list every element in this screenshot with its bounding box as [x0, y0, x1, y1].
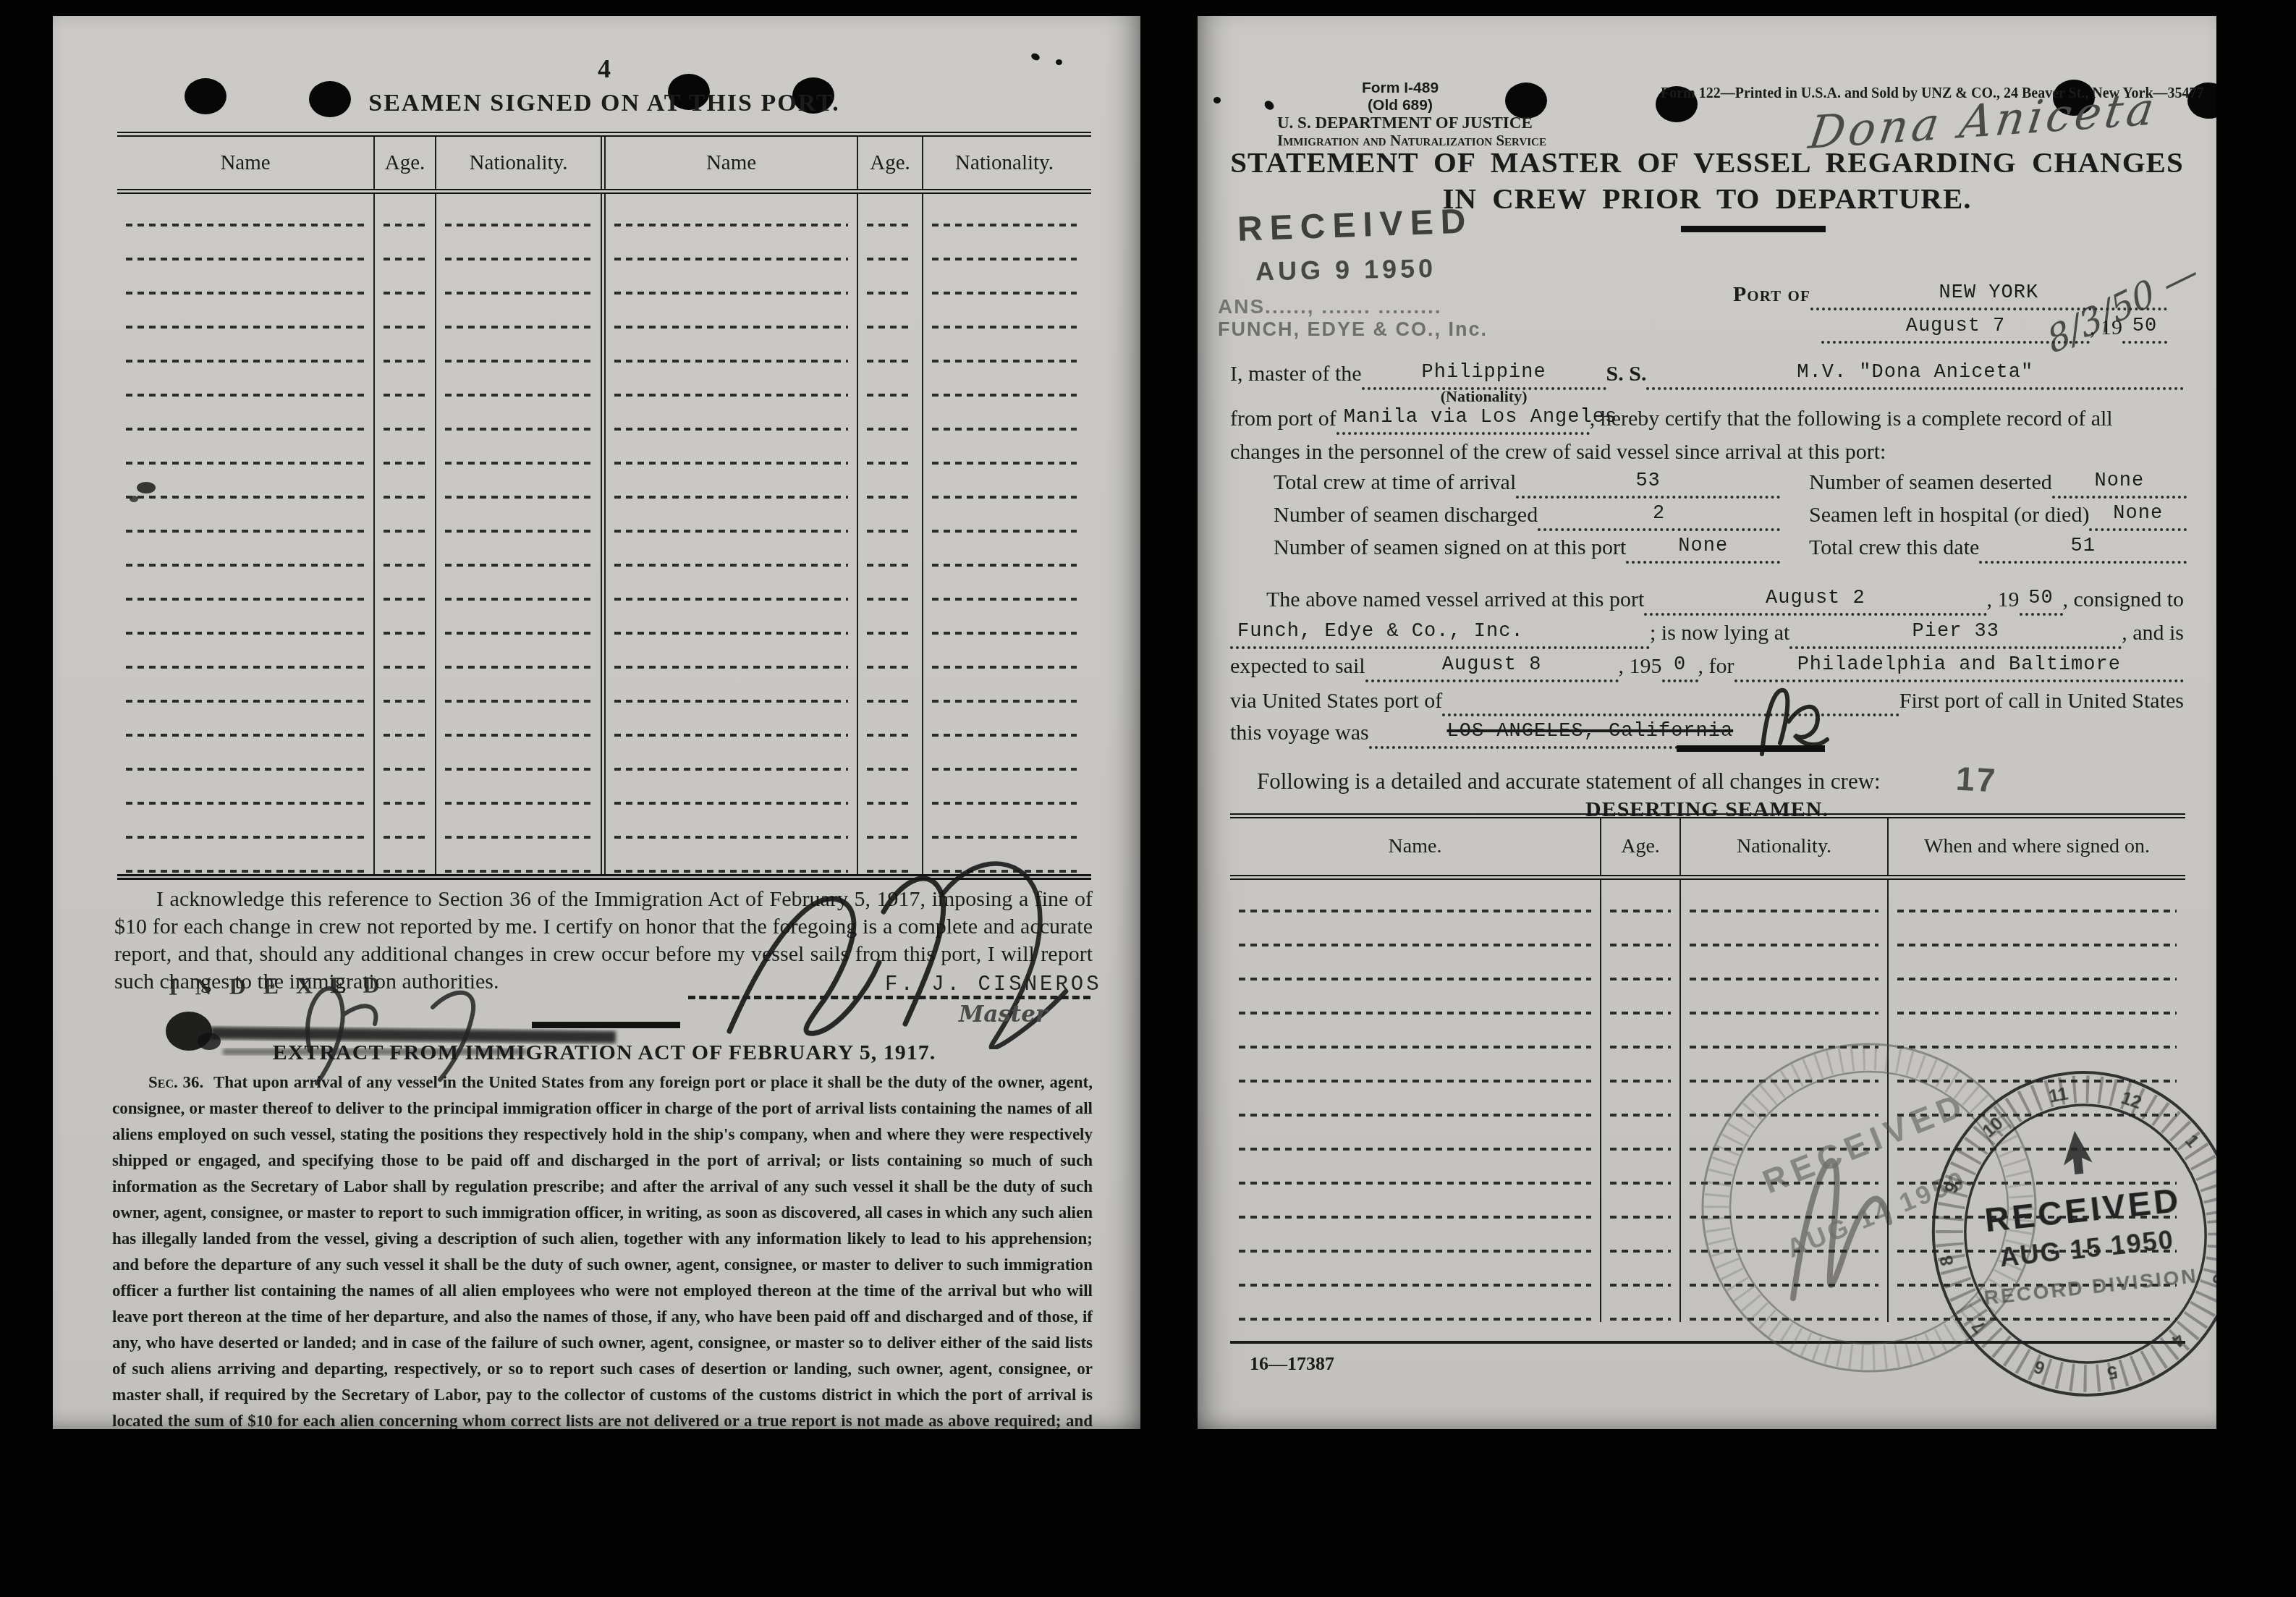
- from-port-rest: , hereby certify that the following is a…: [1590, 407, 2113, 431]
- following-line: Following is a detailed and accurate sta…: [1257, 768, 1881, 795]
- empty-cell: [436, 806, 606, 840]
- sail-year-prefix: , 195: [1619, 654, 1662, 679]
- empty-cell: [858, 262, 923, 296]
- empty-cell: [606, 568, 858, 602]
- arrived-date-value: August 2: [1766, 588, 1865, 609]
- empty-cell: [606, 432, 858, 466]
- empty-cell: [858, 228, 923, 262]
- table-header-row: Name. Age. Nationality. When and where s…: [1230, 813, 2185, 880]
- empty-cell: [858, 296, 923, 330]
- form-id-line1: Form I-489: [1277, 80, 1523, 97]
- empty-cell: [1601, 1186, 1681, 1220]
- empty-cell: [923, 500, 1085, 534]
- empty-cell: [858, 670, 923, 704]
- received-aug15-round-stamp: 9 10 11 12 1 2 3 4 5 6 7 8 RECEIVED AUG …: [1923, 1064, 2216, 1404]
- port-of-row: Port of NEW YORK: [1733, 282, 2167, 310]
- rim-number: 5: [2106, 1361, 2119, 1383]
- stat-label: Number of seamen deserted: [1809, 470, 2052, 495]
- port-of-value: NEW YORK: [1939, 282, 2039, 304]
- empty-cell: [436, 772, 606, 806]
- empty-cell: [375, 840, 436, 874]
- arrived-year-value: 50: [2028, 588, 2053, 609]
- empty-cell: [858, 806, 923, 840]
- stat-label: Number of seamen signed on at this port: [1274, 535, 1626, 560]
- broad-arrow-icon: [2060, 1130, 2093, 1176]
- empty-cell: [1681, 948, 1889, 982]
- sail-label: expected to sail: [1230, 654, 1365, 679]
- via-rest: First port of call in United States: [1899, 689, 2184, 713]
- seamen-signed-on-table: Name Age. Nationality. Name Age. Nationa…: [117, 132, 1091, 880]
- empty-cell: [117, 228, 375, 262]
- vessel-value: M.V. "Dona Aniceta": [1797, 362, 2033, 384]
- column-header: Age.: [858, 137, 923, 189]
- empty-cell: [117, 398, 375, 432]
- empty-cell: [375, 704, 436, 738]
- form-id-block: Form I-489 (Old 689) U. S. DEPARTMENT OF…: [1277, 80, 1523, 149]
- column-header: Age.: [375, 137, 436, 189]
- column-header: Nationality.: [1681, 818, 1889, 875]
- stat-label: Number of seamen discharged: [1274, 503, 1538, 528]
- empty-cell: [1889, 948, 2185, 982]
- empty-cell: [375, 194, 436, 228]
- arrived-label: The above named vessel arrived at this p…: [1230, 588, 1644, 612]
- empty-cell: [436, 466, 606, 500]
- stat-value: 2: [1653, 503, 1665, 525]
- empty-cell: [858, 636, 923, 670]
- arrived-row: The above named vessel arrived at this p…: [1230, 588, 2184, 616]
- empty-cell: [117, 568, 375, 602]
- stat-value: None: [2113, 503, 2163, 525]
- empty-cell: [923, 568, 1085, 602]
- empty-cell: [117, 670, 375, 704]
- empty-cell: [1601, 880, 1681, 914]
- lying-label: ; is now lying at: [1650, 621, 1789, 645]
- empty-cell: [117, 262, 375, 296]
- from-port-label: from port of: [1230, 407, 1336, 431]
- empty-cell: [375, 568, 436, 602]
- empty-cell: [436, 500, 606, 534]
- empty-cell: [1601, 914, 1681, 948]
- empty-cell: [436, 738, 606, 772]
- empty-cell: [1601, 1118, 1681, 1152]
- empty-cell: [606, 500, 858, 534]
- dept-line1: U. S. DEPARTMENT OF JUSTICE: [1277, 114, 1523, 132]
- empty-cell: [375, 602, 436, 636]
- extract-body: That upon arrival of any vessel in the U…: [112, 1073, 1093, 1429]
- empty-cell: [117, 636, 375, 670]
- empty-cell: [1230, 1016, 1601, 1050]
- crew-change-count-stamp: 17: [1955, 759, 1999, 800]
- empty-cell: [436, 636, 606, 670]
- stat-row: Number of seamen discharged 2: [1274, 503, 1780, 535]
- empty-cell: [436, 194, 606, 228]
- empty-cell: [606, 806, 858, 840]
- empty-cell: [117, 194, 375, 228]
- table-body: [117, 194, 1091, 880]
- master-row: I, master of the Philippine (Nationality…: [1230, 362, 2184, 390]
- page-title: SEAMEN SIGNED ON AT THIS PORT.: [117, 90, 1091, 117]
- nationality-caption: (Nationality): [1441, 387, 1528, 406]
- empty-cell: [858, 704, 923, 738]
- empty-cell: [375, 806, 436, 840]
- stat-label: Seamen left in hospital (or died): [1809, 503, 2089, 528]
- empty-cell: [1601, 1254, 1681, 1288]
- sail-date-field: August 8: [1365, 654, 1619, 682]
- received-aug9-stamp-line2: AUG 9 1950: [1255, 253, 1437, 287]
- stat-value: None: [2094, 470, 2144, 492]
- empty-cell: [117, 500, 375, 534]
- empty-cell: [923, 330, 1085, 364]
- empty-cell: [1230, 1186, 1601, 1220]
- rim-number: 8: [1936, 1254, 1957, 1268]
- empty-cell: [1230, 1050, 1601, 1084]
- rim-number: 11: [2047, 1083, 2070, 1107]
- stat-row: Total crew this date 51: [1809, 535, 2187, 568]
- empty-cell: [117, 704, 375, 738]
- stat-row: Number of seamen signed on at this port …: [1274, 535, 1780, 568]
- empty-cell: [858, 466, 923, 500]
- empty-cell: [1681, 914, 1889, 948]
- ink-mark: [1263, 99, 1276, 111]
- empty-cell: [436, 704, 606, 738]
- lying-field: Pier 33: [1789, 621, 2122, 649]
- footer-plate-number: 16—17387: [1250, 1353, 1334, 1375]
- empty-cell: [858, 398, 923, 432]
- empty-cell: [375, 296, 436, 330]
- stat-label: Total crew this date: [1809, 535, 1979, 560]
- master-prefix: I, master of the: [1230, 362, 1362, 386]
- consignee-field: Funch, Edye & Co., Inc.: [1230, 621, 1650, 649]
- empty-cell: [858, 432, 923, 466]
- empty-cell: [375, 534, 436, 568]
- form-id-line2: (Old 689): [1277, 97, 1523, 114]
- empty-cell: [923, 466, 1085, 500]
- ss-label: S. S.: [1606, 362, 1647, 386]
- empty-cell: [923, 534, 1085, 568]
- empty-cell: [606, 296, 858, 330]
- year-prefix: , 19: [2090, 315, 2122, 340]
- empty-cell: [436, 330, 606, 364]
- empty-cell: [858, 330, 923, 364]
- arrived-year-prefix: , 19: [1987, 588, 2020, 612]
- empty-cell: [375, 228, 436, 262]
- empty-cell: [375, 772, 436, 806]
- received-aug9-stamp-line4: FUNCH, EDYE & CO., Inc.: [1218, 318, 1488, 341]
- left-page: 4 SEAMEN SIGNED ON AT THIS PORT. Name Ag…: [53, 16, 1140, 1429]
- empty-cell: [436, 602, 606, 636]
- empty-cell: [436, 228, 606, 262]
- empty-cell: [858, 738, 923, 772]
- via-row: via United States port of First port of …: [1230, 689, 2184, 716]
- empty-cell: [1230, 1254, 1601, 1288]
- stat-value: 51: [2070, 535, 2095, 557]
- via-label: via United States port of: [1230, 689, 1442, 713]
- scanned-document: 4 SEAMEN SIGNED ON AT THIS PORT. Name Ag…: [0, 0, 2296, 1597]
- empty-cell: [1601, 982, 1681, 1016]
- vessel-field: M.V. "Dona Aniceta": [1646, 362, 2184, 390]
- empty-cell: [1601, 1050, 1681, 1084]
- empty-cell: [436, 840, 606, 874]
- empty-cell: [1230, 914, 1601, 948]
- empty-cell: [436, 432, 606, 466]
- port-of-label: Port of: [1733, 282, 1810, 307]
- empty-cell: [923, 296, 1085, 330]
- sail-year-field: 0: [1662, 654, 1698, 682]
- first-port-value: LOS ANGELES, California: [1446, 721, 1733, 742]
- empty-cell: [375, 330, 436, 364]
- empty-cell: [858, 568, 923, 602]
- right-page: Form I-489 (Old 689) U. S. DEPARTMENT OF…: [1198, 16, 2216, 1429]
- master-role-label: Master: [959, 1001, 1047, 1028]
- empty-cell: [1230, 1220, 1601, 1254]
- empty-cell: [117, 330, 375, 364]
- date-value: August 7: [1906, 315, 2006, 337]
- empty-cell: [923, 636, 1085, 670]
- empty-cell: [1601, 948, 1681, 982]
- empty-cell: [375, 636, 436, 670]
- empty-cell: [606, 466, 858, 500]
- empty-cell: [923, 194, 1085, 228]
- stat-row: Total crew at time of arrival 53: [1274, 470, 1780, 503]
- empty-cell: [375, 262, 436, 296]
- empty-cell: [606, 602, 858, 636]
- empty-cell: [606, 772, 858, 806]
- empty-cell: [923, 398, 1085, 432]
- form-title-line1: STATEMENT OF MASTER OF VESSEL REGARDING …: [1198, 145, 2216, 179]
- date-field: August 7: [1821, 315, 2090, 344]
- stat-field: None: [2052, 470, 2187, 499]
- column-header: Nationality.: [923, 137, 1085, 189]
- destination-field: Philadelphia and Baltimore: [1734, 654, 2184, 682]
- empty-cell: [606, 704, 858, 738]
- empty-cell: [436, 398, 606, 432]
- empty-cell: [436, 568, 606, 602]
- empty-cell: [858, 602, 923, 636]
- empty-cell: [436, 534, 606, 568]
- empty-cell: [117, 738, 375, 772]
- empty-cell: [1681, 982, 1889, 1016]
- empty-cell: [858, 534, 923, 568]
- empty-cell: [117, 772, 375, 806]
- continuation-line: changes in the personnel of the crew of …: [1230, 440, 1886, 465]
- empty-cell: [1681, 880, 1889, 914]
- stamp-text: RECORD DIVISION: [1983, 1264, 2199, 1309]
- ink-mark: [1213, 97, 1221, 103]
- empty-cell: [436, 262, 606, 296]
- lying-rest: , and is: [2122, 621, 2184, 645]
- empty-cell: [375, 670, 436, 704]
- empty-cell: [923, 228, 1085, 262]
- consignee-row: Funch, Edye & Co., Inc. ; is now lying a…: [1230, 621, 2184, 649]
- empty-cell: [923, 432, 1085, 466]
- nationality-field: Philippine (Nationality): [1362, 362, 1606, 390]
- empty-cell: [1889, 880, 2185, 914]
- empty-cell: [1889, 982, 2185, 1016]
- empty-cell: [606, 330, 858, 364]
- received-aug9-stamp-line1: RECEIVED: [1237, 201, 1473, 249]
- sail-year-value: 0: [1674, 654, 1686, 676]
- empty-cell: [1601, 1152, 1681, 1186]
- consignee-value: Funch, Edye & Co., Inc.: [1237, 621, 1524, 643]
- empty-cell: [923, 806, 1085, 840]
- empty-cell: [117, 806, 375, 840]
- empty-cell: [117, 534, 375, 568]
- empty-cell: [923, 738, 1085, 772]
- arrived-year-field: 50: [2020, 588, 2063, 616]
- empty-cell: [375, 500, 436, 534]
- signature-line: [688, 964, 1090, 999]
- from-port-row: from port of Manila via Los Angeles , he…: [1230, 407, 2184, 435]
- empty-cell: [923, 262, 1085, 296]
- stat-row: Seamen left in hospital (or died) None: [1809, 503, 2187, 535]
- empty-cell: [375, 432, 436, 466]
- empty-cell: [923, 602, 1085, 636]
- section-divider-bar: [532, 1022, 680, 1028]
- empty-cell: [606, 364, 858, 398]
- empty-cell: [606, 262, 858, 296]
- section-divider-bar: [1677, 745, 1825, 752]
- stat-value: None: [1678, 535, 1728, 557]
- crew-stats-grid: Total crew at time of arrival 53 Number …: [1274, 470, 2187, 568]
- date-row: August 7 , 19 50: [1821, 315, 2167, 344]
- voyage-label: this voyage was: [1230, 721, 1369, 745]
- column-header: Nationality.: [436, 137, 606, 189]
- empty-cell: [1601, 1220, 1681, 1254]
- empty-cell: [1230, 880, 1601, 914]
- stat-field: 51: [1979, 535, 2187, 564]
- empty-cell: [1601, 1016, 1681, 1050]
- stat-field: None: [1626, 535, 1780, 564]
- arrived-date-field: August 2: [1644, 588, 1986, 616]
- stat-value: 53: [1635, 470, 1660, 492]
- empty-cell: [858, 772, 923, 806]
- empty-cell: [1889, 914, 2185, 948]
- year-field: 50: [2122, 315, 2167, 344]
- empty-cell: [1230, 982, 1601, 1016]
- stat-row: Number of seamen deserted None: [1809, 470, 2187, 503]
- extract-heading: EXTRACT FROM IMMIGRATION ACT OF FEBRUARY…: [117, 1041, 1091, 1065]
- empty-cell: [1230, 1152, 1601, 1186]
- empty-cell: [375, 364, 436, 398]
- empty-cell: [117, 364, 375, 398]
- column-header: When and where signed on.: [1889, 818, 2185, 875]
- empty-cell: [923, 772, 1085, 806]
- empty-cell: [858, 364, 923, 398]
- stat-label: Total crew at time of arrival: [1274, 470, 1516, 495]
- empty-cell: [1230, 1084, 1601, 1118]
- extract-paragraph: Sec. 36. That upon arrival of any vessel…: [112, 1069, 1093, 1429]
- empty-cell: [923, 704, 1085, 738]
- empty-cell: [1230, 948, 1601, 982]
- empty-cell: [858, 500, 923, 534]
- table-header-row: Name Age. Nationality. Name Age. Nationa…: [117, 132, 1091, 194]
- empty-cell: [117, 840, 375, 874]
- empty-cell: [923, 670, 1085, 704]
- empty-cell: [436, 296, 606, 330]
- empty-cell: [375, 738, 436, 772]
- empty-cell: [606, 636, 858, 670]
- year-value: 50: [2132, 315, 2157, 337]
- received-aug9-stamp-line3: ANS......, ....... .........: [1218, 295, 1442, 318]
- empty-cell: [1601, 1288, 1681, 1322]
- empty-cell: [375, 466, 436, 500]
- empty-cell: [1230, 1118, 1601, 1152]
- empty-cell: [606, 194, 858, 228]
- empty-cell: [436, 670, 606, 704]
- arrived-rest: , consigned to: [2063, 588, 2184, 612]
- nationality-value: Philippine: [1422, 362, 1546, 384]
- section-label: Sec. 36.: [148, 1073, 203, 1091]
- stat-field: None: [2089, 503, 2187, 531]
- empty-cell: [117, 602, 375, 636]
- empty-cell: [117, 466, 375, 500]
- stat-field: 2: [1538, 503, 1780, 531]
- empty-cell: [606, 228, 858, 262]
- sail-row: expected to sail August 8 , 195 0 , for …: [1230, 654, 2184, 682]
- destination-value: Philadelphia and Baltimore: [1797, 654, 2121, 676]
- empty-cell: [858, 194, 923, 228]
- sail-date-value: August 8: [1442, 654, 1542, 676]
- column-header: Name.: [1230, 818, 1601, 875]
- column-header: Age.: [1601, 818, 1681, 875]
- empty-cell: [606, 534, 858, 568]
- from-port-field: Manila via Los Angeles: [1336, 407, 1590, 435]
- page-number: 4: [117, 54, 1091, 84]
- empty-cell: [606, 398, 858, 432]
- empty-cell: [436, 364, 606, 398]
- column-header: Name: [117, 137, 375, 189]
- port-of-field: NEW YORK: [1810, 282, 2167, 310]
- empty-cell: [606, 738, 858, 772]
- stat-field: 53: [1516, 470, 1780, 499]
- empty-cell: [1601, 1084, 1681, 1118]
- column-header: Name: [606, 137, 858, 189]
- empty-cell: [375, 398, 436, 432]
- lying-value: Pier 33: [1912, 621, 1999, 643]
- empty-cell: [117, 296, 375, 330]
- from-port-value: Manila via Los Angeles: [1344, 407, 1617, 428]
- empty-cell: [606, 670, 858, 704]
- empty-cell: [1230, 1288, 1601, 1322]
- sail-for: , for: [1698, 654, 1734, 679]
- empty-cell: [117, 432, 375, 466]
- title-underline-bar: [1681, 226, 1826, 232]
- empty-cell: [923, 364, 1085, 398]
